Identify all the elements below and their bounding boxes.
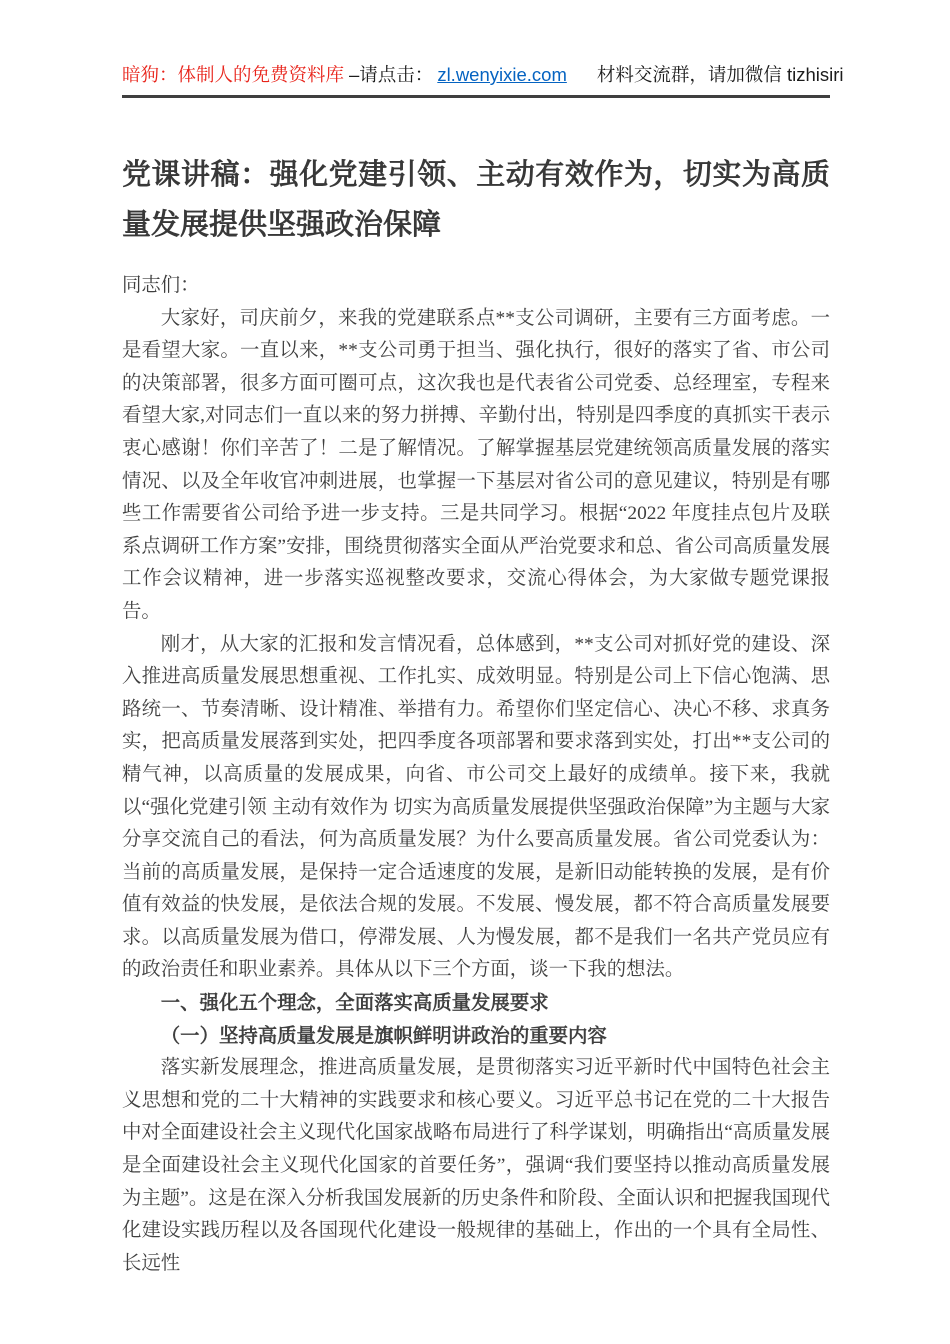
salutation: 同志们： [122,270,830,303]
document-body: 党课讲稿：强化党建引领、主动有效作为，切实为高质量发展提供坚强政治保障 同志们：… [122,150,830,1280]
header-brand-text: 暗狗：体制人的免费资料库 [122,64,344,85]
document-page: 暗狗：体制人的免费资料库–请点击：zl.wenyixie.com材料交流群，请加… [0,0,950,1344]
section-heading-one: 一、强化五个理念，全面落实高质量发展要求 [122,987,830,1020]
page-header: 暗狗：体制人的免费资料库–请点击：zl.wenyixie.com材料交流群，请加… [122,0,830,98]
subsection-heading-one: （一）坚持高质量发展是旗帜鲜明讲政治的重要内容 [122,1020,830,1053]
paragraph-development: 落实新发展理念，推进高质量发展，是贯彻落实习近平新时代中国特色社会主义思想和党的… [122,1052,830,1280]
paragraph-remarks: 刚才，从大家的汇报和发言情况看，总体感到，**支公司对抓好党的建设、深入推进高质… [122,629,830,988]
paragraph-intro: 大家好，司庆前夕，来我的党建联系点**支公司调研，主要有三方面考虑。一是看望大家… [122,303,830,629]
header-contact-text: 材料交流群，请加微信 tizhisiri [597,64,844,85]
header-link[interactable]: zl.wenyixie.com [437,64,567,85]
header-click-label: –请点击： [349,64,433,85]
document-title: 党课讲稿：强化党建引领、主动有效作为，切实为高质量发展提供坚强政治保障 [122,150,830,250]
